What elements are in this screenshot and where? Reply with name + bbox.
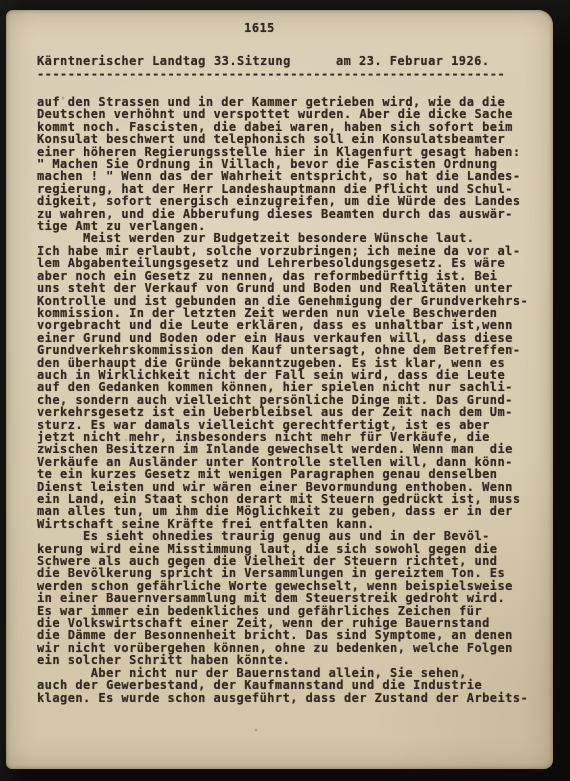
- session-number: 33.Sitzung: [214, 54, 291, 68]
- document-page: 1615 Kärntnerischer Landtag 33.Sitzung a…: [6, 10, 553, 769]
- session-header: Kärntnerischer Landtag 33.Sitzung am 23.…: [37, 54, 533, 68]
- text-line: vorgebracht und die Leute erklären, dass…: [37, 319, 539, 331]
- text-line: Grundverkehrskommission den Kauf untersa…: [37, 344, 539, 356]
- session-date: am 23. Februar 1926.: [336, 54, 490, 68]
- text-line: digkeit, sofort energisch einzugreifen, …: [37, 195, 539, 207]
- text-line: verkehrsgesetz ist ein Ueberbleibsel aus…: [37, 406, 539, 418]
- text-line: man alles tun, um ihm die Möglichkeit zu…: [37, 505, 539, 517]
- text-line: klagen. Es wurde schon ausgeführt, dass …: [37, 692, 539, 704]
- text-line: die Dämme der Besonnenheit bricht. Das s…: [37, 629, 539, 641]
- text-line: die Bevölkerung spricht in Versammlungen…: [37, 567, 539, 579]
- dashed-divider: ----------------------------------------…: [37, 67, 505, 81]
- text-line: ein solcher Schritt haben könnte.: [37, 654, 539, 666]
- text-line: Meist werden zur Budgetzeit besondere Wü…: [37, 232, 539, 244]
- text-line: Konsulat beschwert und telephonisch soll…: [37, 133, 539, 145]
- page-number: 1615: [6, 21, 513, 35]
- text-line: Es sieht ohnedies traurig genug aus und …: [37, 530, 539, 542]
- text-line: in einer Bauernversammlung mit dem Steue…: [37, 592, 539, 604]
- text-line: te ein kurzes Gesetz mit wenigen Paragra…: [37, 468, 539, 480]
- text-line: zwischen Besitzern im Inlande gewechselt…: [37, 443, 539, 455]
- parliament-name: Kärntnerischer Landtag: [37, 54, 206, 68]
- text-line: machen ! " Wenn das der Wahrheit entspri…: [37, 170, 539, 182]
- body-text: auf den Strassen und in der Kammer getri…: [37, 96, 539, 704]
- text-line: uns steht der Verkauf von Grund und Bode…: [37, 282, 539, 294]
- text-line: Deutschen verhöhnt und verspottet wurden…: [37, 108, 539, 120]
- text-line: lem Abgabenteilungsgesetz und Lehrerbeso…: [37, 257, 539, 269]
- text-line: auch der Gewerbestand, der Kaufmannstand…: [37, 679, 539, 691]
- text-line: auf den Gedanken kommen können, hier spi…: [37, 381, 539, 393]
